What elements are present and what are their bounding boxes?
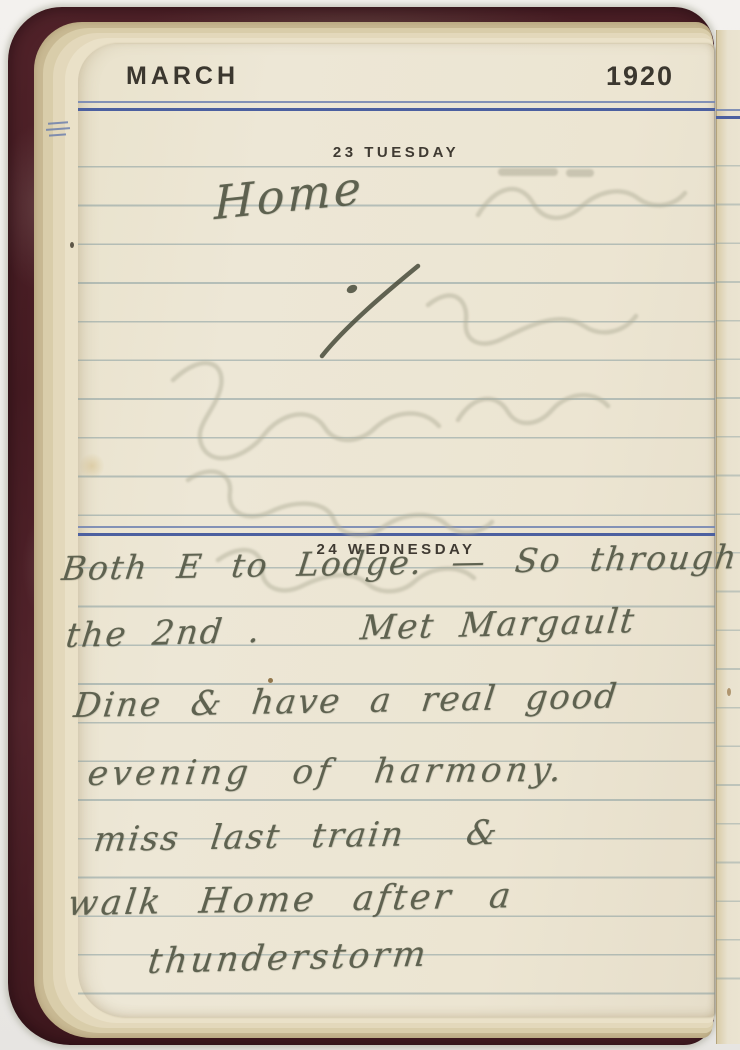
handwriting-line: evening of harmony. bbox=[85, 750, 567, 794]
pen-tick-stroke bbox=[300, 255, 440, 365]
foxing-spot bbox=[268, 678, 273, 683]
foxing-spot bbox=[727, 688, 731, 696]
paper-stain bbox=[80, 452, 104, 480]
handwriting-line: miss last train & bbox=[92, 813, 502, 860]
date-heading-tuesday: 23 TUESDAY bbox=[78, 144, 714, 161]
handwriting-line: walk Home after a bbox=[66, 876, 516, 924]
handwriting-line: thunderstorm bbox=[146, 935, 431, 982]
header-rule-thin bbox=[78, 101, 715, 103]
month-label: MARCH bbox=[126, 62, 239, 91]
sliver-header-rule-thick bbox=[716, 116, 740, 119]
header-rule-thick bbox=[78, 108, 715, 111]
sliver-header-rule-thin bbox=[716, 109, 740, 111]
foxing-spot bbox=[70, 242, 74, 248]
year-label: 1920 bbox=[606, 61, 674, 92]
diary-scan: MARCH 1920 23 TUESDAY Home 24 WEDNESDAY … bbox=[0, 0, 740, 1050]
